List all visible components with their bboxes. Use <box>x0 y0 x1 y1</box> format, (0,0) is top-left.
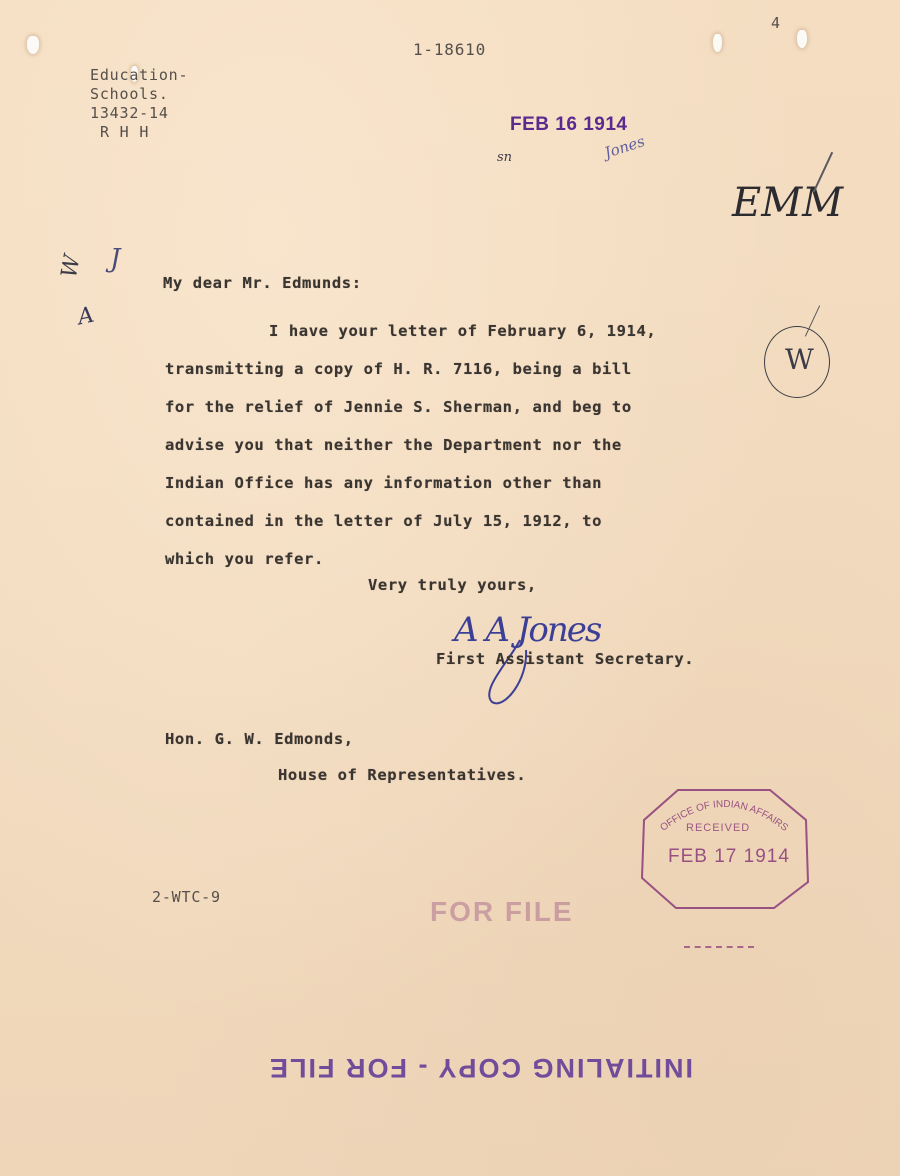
stamp-dashed-line <box>684 946 754 948</box>
handwritten-mark: J <box>110 244 120 274</box>
punch-hole <box>797 30 807 48</box>
for-file-stamp: FOR FILE <box>430 896 574 928</box>
stamp-received-label: RECEIVED <box>686 822 750 834</box>
handwritten-initials: EMM <box>732 180 843 226</box>
typist-code: 2-WTC-9 <box>152 888 221 906</box>
stamp-received-date: FEB 17 1914 <box>668 846 790 868</box>
punch-hole <box>713 34 722 52</box>
reference-line: 13432-14 <box>90 104 188 123</box>
signer-title: First Assistant Secretary. <box>436 650 694 668</box>
punch-hole <box>27 36 39 54</box>
body-line: contained in the letter of July 15, 1912… <box>165 502 656 540</box>
letter-page: 4 1-18610 Education- Schools. 13432-14 R… <box>0 0 900 1176</box>
circled-mark: W <box>764 326 830 398</box>
letter-body: I have your letter of February 6, 1914, … <box>165 312 656 578</box>
reference-line: R H H <box>90 123 188 142</box>
body-line: for the relief of Jennie S. Sherman, and… <box>165 388 656 426</box>
body-line: which you refer. <box>165 540 656 578</box>
header-reference: Education- Schools. 13432-14 R H H <box>90 66 188 142</box>
handwritten-mark: sn <box>497 150 512 165</box>
date-stamp: FEB 16 1914 <box>510 114 627 136</box>
salutation: My dear Mr. Edmunds: <box>163 274 362 292</box>
handwritten-initials: Jones <box>602 132 647 162</box>
file-number: 1-18610 <box>413 40 486 59</box>
reference-line: Schools. <box>90 85 188 104</box>
recipient-name: Hon. G. W. Edmonds, <box>165 730 354 748</box>
handwritten-mark: A <box>76 303 97 331</box>
body-line: transmitting a copy of H. R. 7116, being… <box>165 350 656 388</box>
handwritten-mark: W <box>785 343 814 376</box>
recipient-office: House of Representatives. <box>278 766 526 784</box>
body-line: Indian Office has any information other … <box>165 464 656 502</box>
received-stamp: OFFICE OF INDIAN AFFAIRS RECEIVED FEB 17… <box>638 786 810 910</box>
signature-loop <box>480 630 560 710</box>
handwritten-mark: W <box>57 253 86 280</box>
reference-line: Education- <box>90 66 188 85</box>
body-line: I have your letter of February 6, 1914, <box>165 312 656 350</box>
page-number: 4 <box>771 14 781 32</box>
body-line: advise you that neither the Department n… <box>165 426 656 464</box>
initialing-copy-stamp: INITIALING COPY - FOR FILE <box>268 1052 693 1083</box>
closing: Very truly yours, <box>368 576 537 594</box>
